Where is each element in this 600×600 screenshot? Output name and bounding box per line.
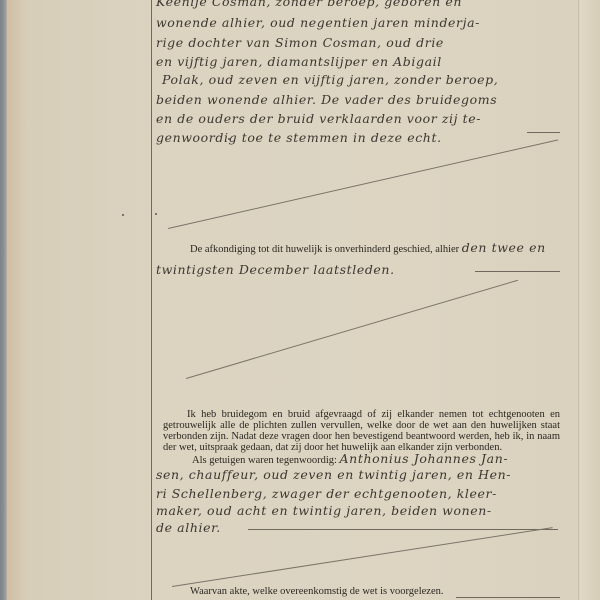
handwritten-line: genwoordig toe te stemmen in deze echt. <box>156 130 442 145</box>
page-right-edge <box>580 0 600 600</box>
handwritten-line: de alhier. <box>156 520 221 535</box>
witness-name-start: Anthonius Johannes Jan- <box>340 451 509 466</box>
closing-text: Waarvan akte, welke overeenkomstig de we… <box>190 586 444 597</box>
margin-rule <box>151 0 152 600</box>
fill-line <box>527 132 560 133</box>
cancellation-line <box>168 139 558 229</box>
right-margin-rule <box>578 0 579 600</box>
handwritten-line: en vijftig jaren, diamantslijper en Abig… <box>156 54 442 69</box>
proclamation-text: De afkondiging tot dit huwelijk is onver… <box>190 240 546 255</box>
declaration-text: Ik heb bruidegom en bruid afgevraagd of … <box>163 409 560 453</box>
ink-speck <box>155 213 157 215</box>
handwritten-line: sen, chauffeur, oud zeven en twintig jar… <box>156 467 511 482</box>
scan-edge <box>0 0 7 600</box>
witnesses-label: Als getuigen waren tegenwoordig: Anthoni… <box>192 451 508 466</box>
ink-speck <box>122 214 124 216</box>
proclamation-date-part2: twintigsten December laatstleden. <box>156 262 395 277</box>
handwritten-line: Polak, oud zeven en vijftig jaren, zonde… <box>162 72 498 87</box>
handwritten-line: rige dochter van Simon Cosman, oud drie <box>156 35 444 50</box>
page-margin-shade <box>7 0 27 600</box>
fill-line <box>248 529 558 530</box>
proclamation-date-part1: den twee en <box>462 240 546 255</box>
handwritten-line: wonende alhier, oud negentien jaren mind… <box>156 15 480 30</box>
document-page: Keenije Cosman, zonder beroep, geboren e… <box>0 0 600 600</box>
handwritten-line: ri Schellenberg, zwager der echtgenooten… <box>156 486 497 501</box>
handwritten-line: en de ouders der bruid verklaarden voor … <box>156 111 481 126</box>
ink-speck <box>228 138 230 140</box>
handwritten-line: Keenije Cosman, zonder beroep, geboren e… <box>156 0 462 9</box>
fill-line <box>475 271 560 272</box>
cancellation-line <box>186 280 518 379</box>
handwritten-line: maker, oud acht en twintig jaren, beiden… <box>156 503 492 518</box>
fill-line <box>456 597 560 598</box>
handwritten-line: beiden wonende alhier. De vader des brui… <box>156 92 497 107</box>
cancellation-line <box>172 527 553 587</box>
